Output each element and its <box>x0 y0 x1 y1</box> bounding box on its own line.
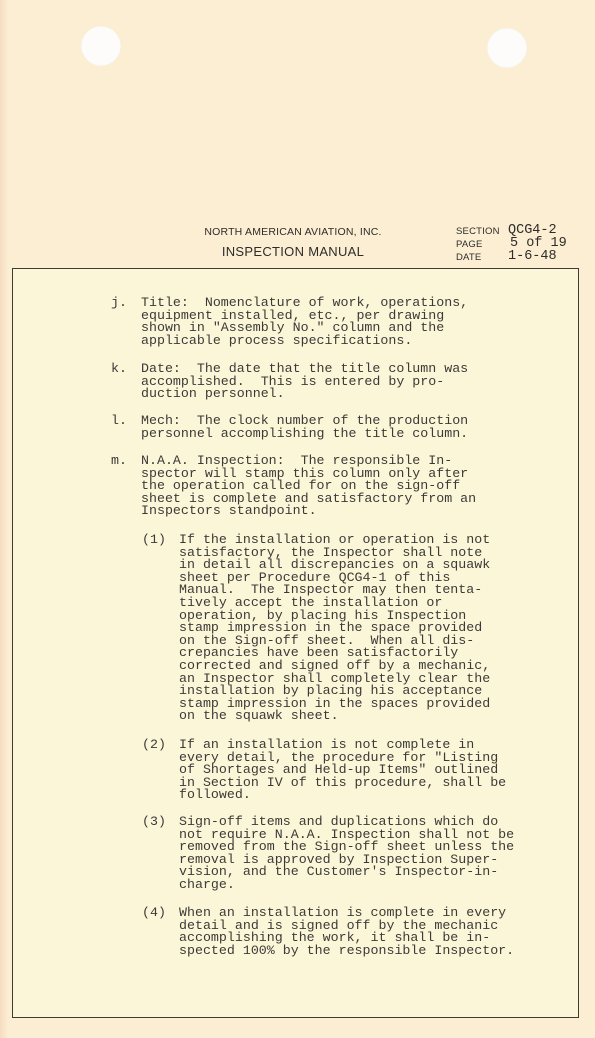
subitem-text: Sign-off items and duplications which do… <box>179 816 514 892</box>
item-label: l. <box>111 415 127 428</box>
company-name: NORTH AMERICAN AVIATION, INC. <box>188 226 398 238</box>
document-header: NORTH AMERICAN AVIATION, INC. INSPECTION… <box>188 226 398 259</box>
subitem-text: If an installation is not complete in ev… <box>179 739 506 802</box>
paper-edge <box>0 0 8 1038</box>
subitem-label: (3) <box>142 816 166 829</box>
item-text: Title: Nomenclature of work, operations,… <box>141 297 468 347</box>
manual-title: INSPECTION MANUAL <box>188 244 398 259</box>
item-label: k. <box>111 363 127 376</box>
punch-hole-right <box>487 28 527 68</box>
section-label: SECTION <box>456 226 500 237</box>
item-text: N.A.A. Inspection: The responsible In- s… <box>141 455 476 518</box>
subitem-text: When an installation is complete in ever… <box>179 907 514 957</box>
item-text: Date: The date that the title column was… <box>141 363 468 401</box>
content-frame: j. Title: Nomenclature of work, operatio… <box>12 268 579 1018</box>
subitem-label: (4) <box>142 907 166 920</box>
date-label: DATE <box>456 252 481 263</box>
date-value: 1-6-48 <box>508 250 557 263</box>
item-label: m. <box>111 455 127 468</box>
item-text: Mech: The clock number of the production… <box>141 415 468 440</box>
page-label: PAGE <box>456 239 483 250</box>
subitem-label: (2) <box>142 739 166 752</box>
punch-hole-left <box>81 26 121 66</box>
item-label: j. <box>111 297 127 310</box>
page-value: 5 of 19 <box>510 237 567 250</box>
subitem-text: If the installation or operation is not … <box>179 534 490 723</box>
subitem-label: (1) <box>142 534 166 547</box>
